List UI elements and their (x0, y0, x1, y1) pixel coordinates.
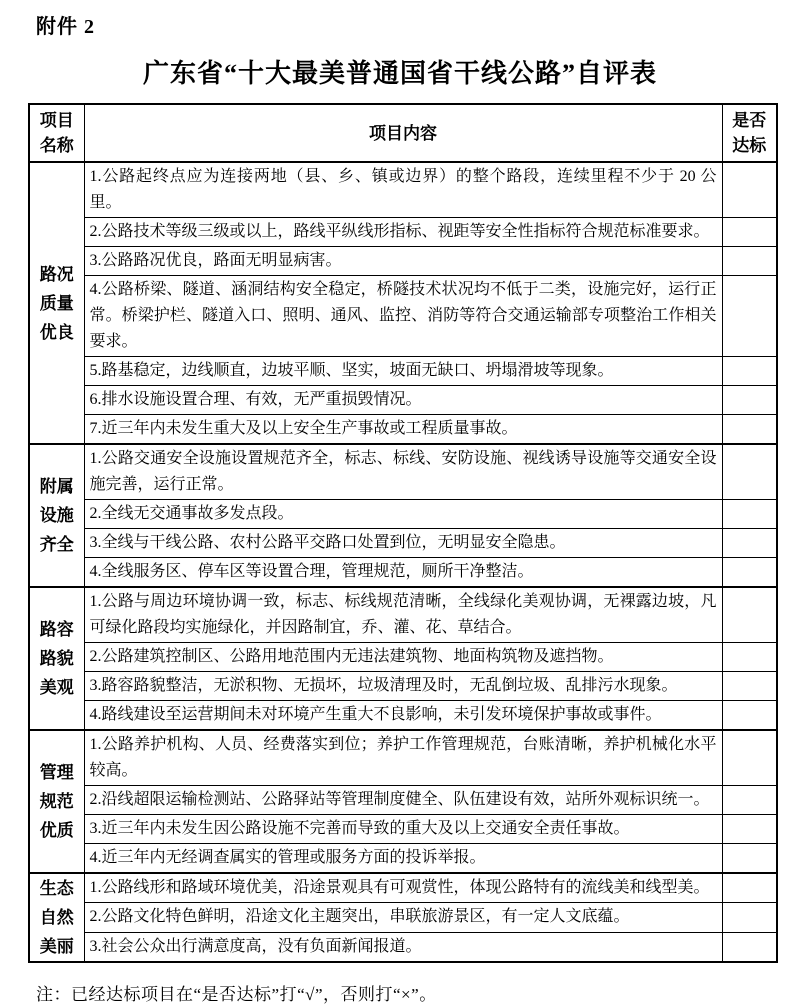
section-name: 生态自然美丽 (29, 873, 84, 962)
table-row: 路容路貌美观1.公路与周边环境协调一致，标志、标线规范清晰，全线绿化美观协调，无… (29, 587, 777, 643)
status-cell (722, 903, 777, 932)
status-cell (722, 415, 777, 445)
status-cell (722, 500, 777, 529)
footnote: 注：已经达标项目在“是否达标”打“√”，否则打“×”。 (36, 980, 800, 1004)
item-text: 3.近三年内未发生因公路设施不完善而导致的重大及以上交通安全责任事故。 (84, 815, 722, 844)
table-row: 生态自然美丽1.公路线形和路域环境优美，沿途景观具有可观赏性，体现公路特有的流线… (29, 873, 777, 903)
table-header-row: 项目名称 项目内容 是否达标 (29, 104, 777, 162)
status-cell (722, 672, 777, 701)
table-row: 3.路容路貌整洁，无淤积物、无损坏，垃圾清理及时，无乱倒垃圾、乱排污水现象。 (29, 672, 777, 701)
status-cell (722, 218, 777, 247)
status-cell (722, 701, 777, 731)
section-name: 路况质量优良 (29, 162, 84, 444)
column-header-project-name: 项目名称 (29, 104, 84, 162)
table-row: 附属设施齐全1.公路交通安全设施设置规范齐全，标志、标线、安防设施、视线诱导设施… (29, 444, 777, 500)
table-row: 3.公路路况优良，路面无明显病害。 (29, 247, 777, 276)
item-text: 2.公路文化特色鲜明，沿途文化主题突出，串联旅游景区，有一定人文底蕴。 (84, 903, 722, 932)
table-row: 2.公路建筑控制区、公路用地范围内无违法建筑物、地面构筑物及遮挡物。 (29, 643, 777, 672)
status-cell (722, 357, 777, 386)
table-row: 3.全线与干线公路、农村公路平交路口处置到位，无明显安全隐患。 (29, 529, 777, 558)
table-row: 5.路基稳定，边线顺直，边坡平顺、坚实，坡面无缺口、坍塌滑坡等现象。 (29, 357, 777, 386)
table-row: 4.近三年内无经调查属实的管理或服务方面的投诉举报。 (29, 844, 777, 874)
column-header-project-content: 项目内容 (84, 104, 722, 162)
status-cell (722, 162, 777, 218)
table-row: 2.公路技术等级三级或以上，路线平纵线形指标、视距等安全性指标符合规范标准要求。 (29, 218, 777, 247)
status-cell (722, 558, 777, 588)
item-text: 2.全线无交通事故多发点段。 (84, 500, 722, 529)
table-row: 2.公路文化特色鲜明，沿途文化主题突出，串联旅游景区，有一定人文底蕴。 (29, 903, 777, 932)
status-cell (722, 529, 777, 558)
self-assessment-table: 项目名称 项目内容 是否达标 路况质量优良1.公路起终点应为连接两地（县、乡、镇… (28, 103, 778, 963)
table-row: 4.公路桥梁、隧道、涵洞结构安全稳定，桥隧技术状况均不低于二类，设施完好，运行正… (29, 276, 777, 357)
item-text: 2.公路技术等级三级或以上，路线平纵线形指标、视距等安全性指标符合规范标准要求。 (84, 218, 722, 247)
item-text: 1.公路线形和路域环境优美，沿途景观具有可观赏性，体现公路特有的流线美和线型美。 (84, 873, 722, 903)
table-row: 7.近三年内未发生重大及以上安全生产事故或工程质量事故。 (29, 415, 777, 445)
status-cell (722, 932, 777, 962)
item-text: 4.近三年内无经调查属实的管理或服务方面的投诉举报。 (84, 844, 722, 874)
item-text: 2.公路建筑控制区、公路用地范围内无违法建筑物、地面构筑物及遮挡物。 (84, 643, 722, 672)
item-text: 7.近三年内未发生重大及以上安全生产事故或工程质量事故。 (84, 415, 722, 445)
document-page: 附件 2 广东省“十大最美普通国省干线公路”自评表 项目名称 项目内容 是否达标… (0, 0, 800, 1004)
item-text: 5.路基稳定，边线顺直，边坡平顺、坚实，坡面无缺口、坍塌滑坡等现象。 (84, 357, 722, 386)
status-cell (722, 786, 777, 815)
item-text: 6.排水设施设置合理、有效，无严重损毁情况。 (84, 386, 722, 415)
item-text: 1.公路养护机构、人员、经费落实到位；养护工作管理规范，台账清晰，养护机械化水平… (84, 730, 722, 786)
status-cell (722, 873, 777, 903)
item-text: 4.公路桥梁、隧道、涵洞结构安全稳定，桥隧技术状况均不低于二类，设施完好，运行正… (84, 276, 722, 357)
table-row: 3.近三年内未发生因公路设施不完善而导致的重大及以上交通安全责任事故。 (29, 815, 777, 844)
table-row: 2.沿线超限运输检测站、公路驿站等管理制度健全、队伍建设有效，站所外观标识统一。 (29, 786, 777, 815)
status-cell (722, 386, 777, 415)
item-text: 3.公路路况优良，路面无明显病害。 (84, 247, 722, 276)
table-row: 6.排水设施设置合理、有效，无严重损毁情况。 (29, 386, 777, 415)
table-row: 4.全线服务区、停车区等设置合理，管理规范，厕所干净整洁。 (29, 558, 777, 588)
section-name: 附属设施齐全 (29, 444, 84, 587)
item-text: 1.公路起终点应为连接两地（县、乡、镇或边界）的整个路段，连续里程不少于 20 … (84, 162, 722, 218)
status-cell (722, 444, 777, 500)
table-row: 4.路线建设至运营期间未对环境产生重大不良影响，未引发环境保护事故或事件。 (29, 701, 777, 731)
item-text: 4.路线建设至运营期间未对环境产生重大不良影响，未引发环境保护事故或事件。 (84, 701, 722, 731)
status-cell (722, 730, 777, 786)
table-row: 管理规范优质1.公路养护机构、人员、经费落实到位；养护工作管理规范，台账清晰，养… (29, 730, 777, 786)
status-cell (722, 815, 777, 844)
attachment-label: 附件 2 (36, 10, 800, 39)
status-cell (722, 844, 777, 874)
item-text: 1.公路与周边环境协调一致，标志、标线规范清晰，全线绿化美观协调，无裸露边坡，凡… (84, 587, 722, 643)
item-text: 2.沿线超限运输检测站、公路驿站等管理制度健全、队伍建设有效，站所外观标识统一。 (84, 786, 722, 815)
section-name: 路容路貌美观 (29, 587, 84, 730)
section-name: 管理规范优质 (29, 730, 84, 873)
item-text: 3.路容路貌整洁，无淤积物、无损坏，垃圾清理及时，无乱倒垃圾、乱排污水现象。 (84, 672, 722, 701)
item-text: 4.全线服务区、停车区等设置合理，管理规范，厕所干净整洁。 (84, 558, 722, 588)
table-row: 2.全线无交通事故多发点段。 (29, 500, 777, 529)
column-header-meets-standard: 是否达标 (722, 104, 777, 162)
item-text: 3.社会公众出行满意度高，没有负面新闻报道。 (84, 932, 722, 962)
table-body: 路况质量优良1.公路起终点应为连接两地（县、乡、镇或边界）的整个路段，连续里程不… (29, 162, 777, 962)
item-text: 3.全线与干线公路、农村公路平交路口处置到位，无明显安全隐患。 (84, 529, 722, 558)
status-cell (722, 643, 777, 672)
status-cell (722, 247, 777, 276)
status-cell (722, 587, 777, 643)
table-row: 路况质量优良1.公路起终点应为连接两地（县、乡、镇或边界）的整个路段，连续里程不… (29, 162, 777, 218)
page-title: 广东省“十大最美普通国省干线公路”自评表 (0, 53, 800, 90)
table-row: 3.社会公众出行满意度高，没有负面新闻报道。 (29, 932, 777, 962)
item-text: 1.公路交通安全设施设置规范齐全，标志、标线、安防设施、视线诱导设施等交通安全设… (84, 444, 722, 500)
status-cell (722, 276, 777, 357)
